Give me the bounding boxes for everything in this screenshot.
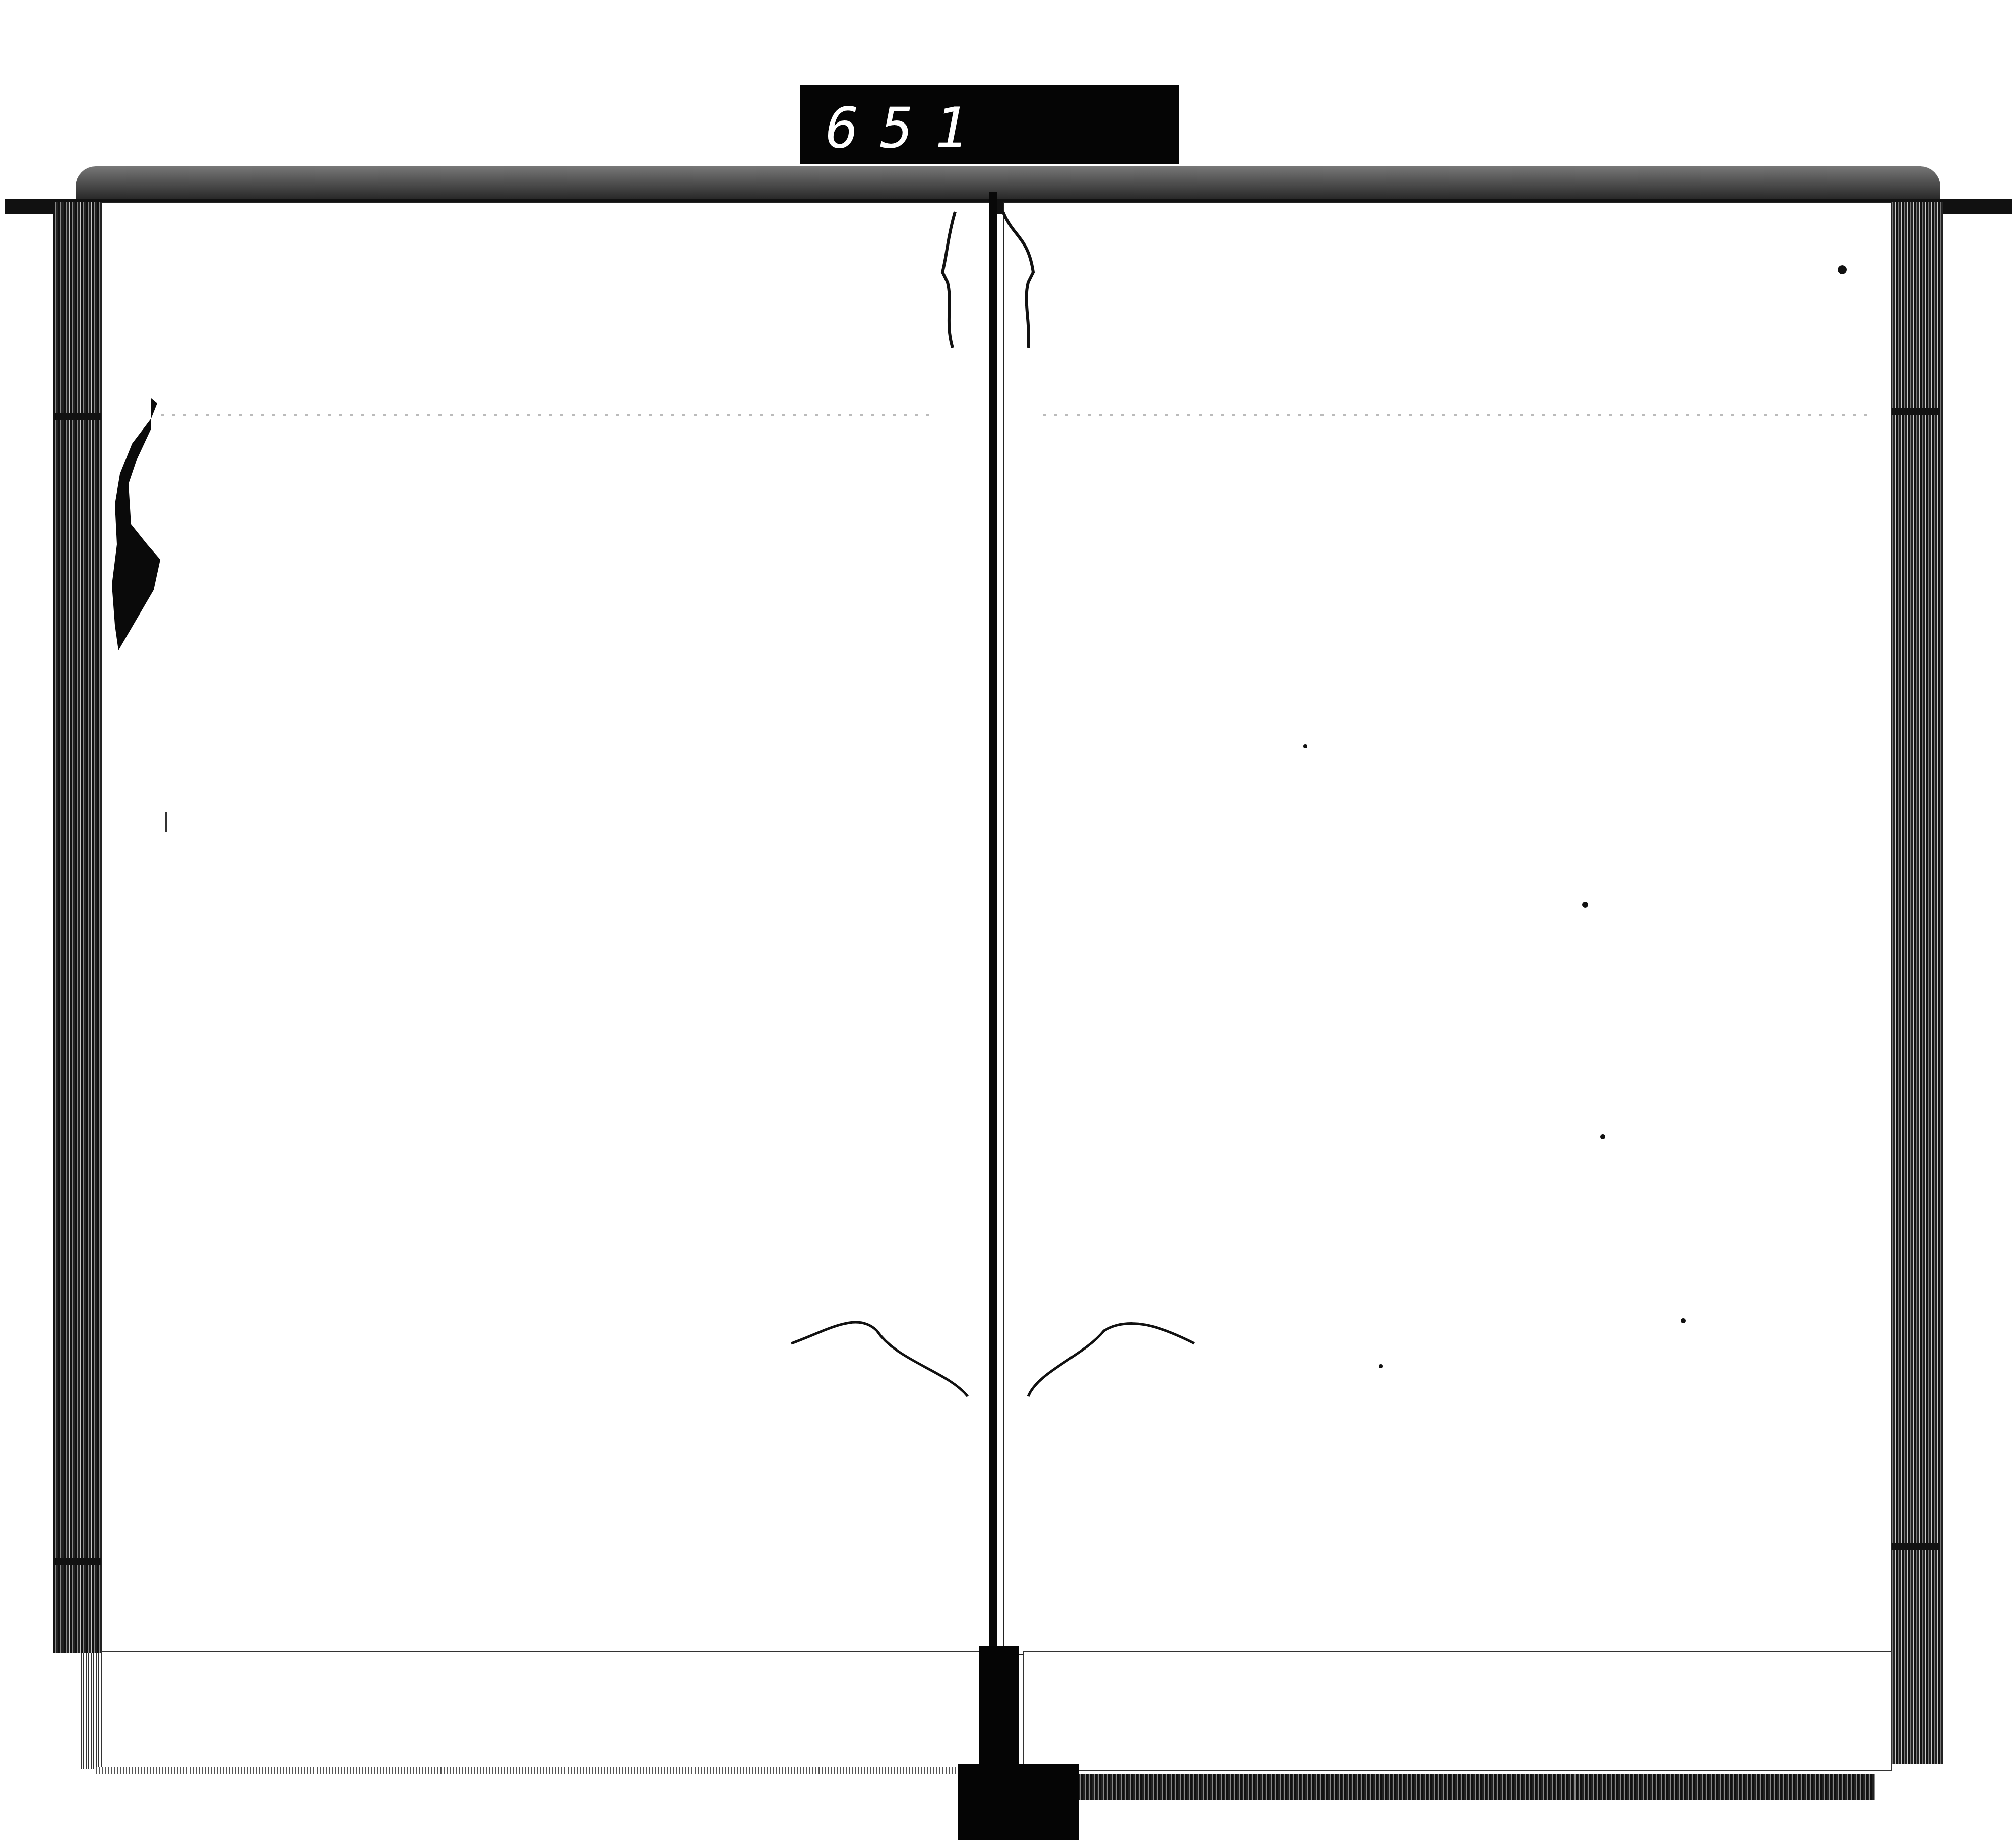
torn-flap bbox=[112, 398, 160, 650]
lower-clip-mark-left bbox=[791, 1322, 968, 1396]
lower-clip-mark-right bbox=[1028, 1323, 1194, 1396]
clip-mark-right bbox=[1003, 212, 1033, 348]
clip-mark-left bbox=[942, 212, 955, 348]
scan-artifacts bbox=[0, 0, 2016, 1840]
